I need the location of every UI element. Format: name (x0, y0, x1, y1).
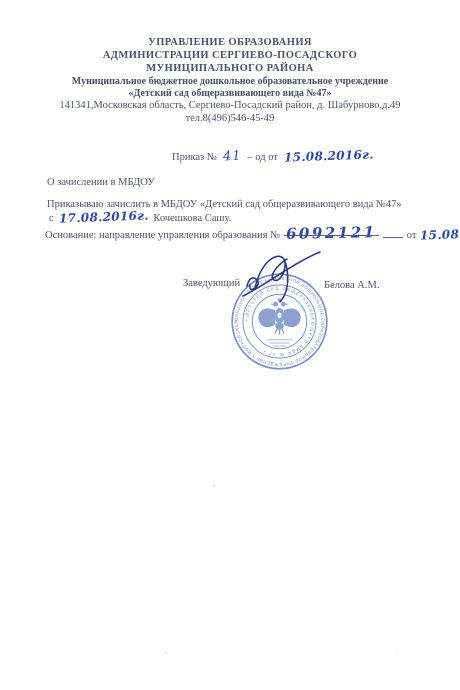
order-label: Приказ № (172, 152, 217, 163)
org-name-line3: МУНИЦИПАЛЬНОГО РАЙОНА (0, 62, 460, 75)
scan-speck (165, 652, 167, 654)
scan-speck (213, 485, 215, 487)
stamp-microtext-lines (266, 339, 292, 346)
referral-date-handwritten: 15.08.2016г. (420, 225, 460, 242)
body-line3: Основание: направление управления образо… (45, 224, 460, 241)
org-name-line1: УПРАВЛЕНИЕ ОБРАЗОВАНИЯ (0, 36, 460, 49)
scanned-order-document: УПРАВЛЕНИЕ ОБРАЗОВАНИЯ АДМИНИСТРАЦИИ СЕР… (0, 0, 460, 690)
enrollment-date-handwritten: 17.08.2016г. (58, 208, 148, 225)
scan-speck (396, 651, 398, 652)
order-subject: О зачислении в МБДОУ (47, 177, 155, 188)
basis-middle: от (407, 230, 417, 241)
body-line2: с 17.08.2016г. Кочешкова Сашу. (49, 210, 231, 224)
body-line2-prefix: с (49, 213, 54, 224)
org-name-line2: АДМИНИСТРАЦИИ СЕРГИЕВО-ПОСАДСКОГО (0, 49, 460, 62)
order-suffix: – од от (247, 152, 278, 163)
body-line1: Приказываю зачислить в МБДОУ «Детский са… (47, 199, 402, 210)
letterhead: УПРАВЛЕНИЕ ОБРАЗОВАНИЯ АДМИНИСТРАЦИИ СЕР… (0, 36, 460, 125)
referral-number-handwritten: 6092121 (286, 223, 377, 243)
institution-address: 141341,Московская область, Сергиево-Поса… (0, 100, 460, 112)
child-name: Кочешкова Сашу. (153, 213, 231, 224)
signature-ink (240, 246, 336, 310)
referral-number-field: 6092121 (284, 224, 379, 236)
order-date-handwritten: 15.08.2016г. (284, 147, 374, 164)
institution-name-line2: «Детский сад общеразвивающего вида №47» (0, 88, 460, 100)
order-title-line: Приказ № 41 – од от 15.08.2016г. (172, 149, 374, 164)
institution-phone: тел.8(496)546-45-49 (0, 113, 460, 125)
order-number-handwritten: 41 (222, 148, 242, 164)
basis-label: Основание: направление управления образо… (45, 230, 280, 241)
blank-underline (383, 226, 403, 238)
institution-name-line1: Муниципальное бюджетное дошкольное образ… (0, 76, 460, 88)
signer-title: Заведующий (183, 278, 240, 289)
